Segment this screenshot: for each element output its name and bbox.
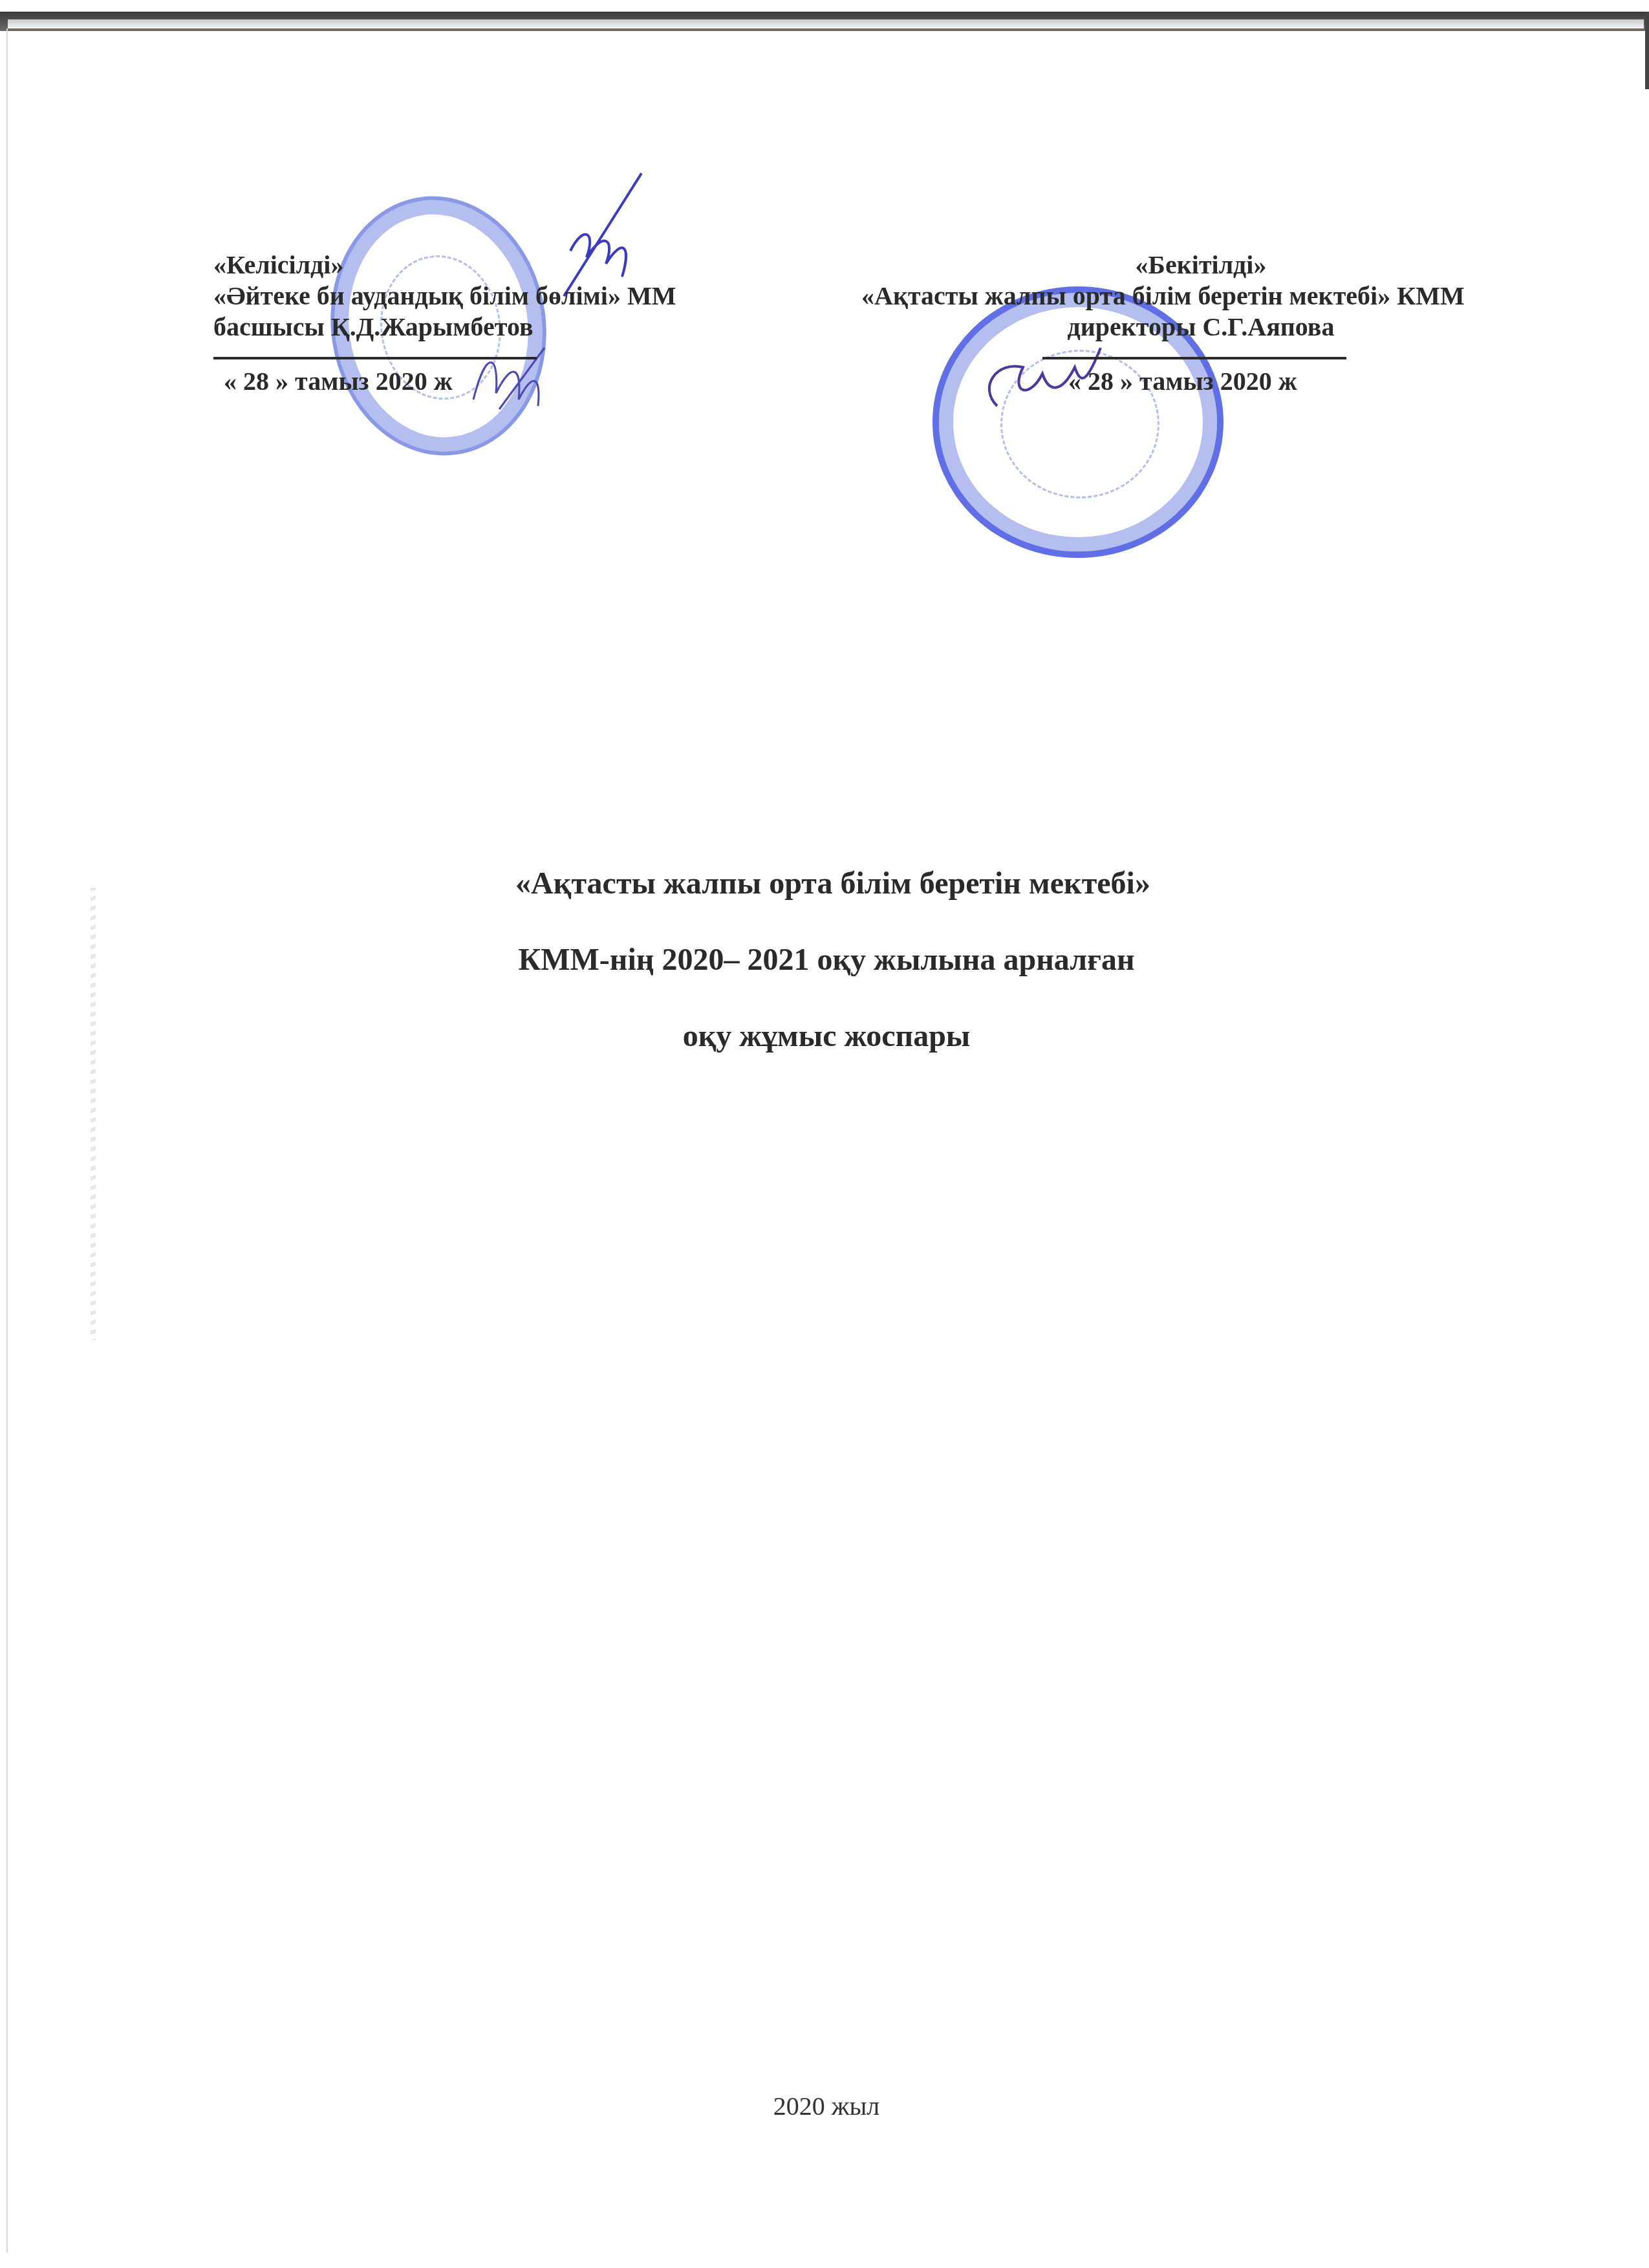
- title-line-plan: оқу жұмыс жоспары: [8, 1018, 1645, 1055]
- approval-organization: «Ақтасты жалпы орта білім беретін мектеб…: [848, 281, 1553, 312]
- approval-heading: «Бекітілді»: [848, 250, 1553, 281]
- approval-signatory: басшысы Қ.Д.Жарымбетов: [213, 312, 676, 343]
- scan-right-edge: [1645, 12, 1649, 89]
- document-title: «Ақтасты жалпы орта білім беретін мектеб…: [8, 865, 1645, 1094]
- document-year: 2020 жыл: [8, 2091, 1645, 2121]
- scan-paper-edge: [8, 19, 1644, 30]
- approval-organization: «Әйтеке би аудандық білім бөлімі» ММ: [213, 281, 676, 312]
- signature-line: [213, 343, 537, 359]
- signature-line: [1042, 343, 1346, 359]
- document-page: «Келісілді» «Әйтеке би аудандық білім бө…: [8, 31, 1645, 2262]
- approval-block-approved: «Бекітілді» «Ақтасты жалпы орта білім бе…: [848, 250, 1553, 397]
- title-line-year: КММ-нің 2020– 2021 оқу жылына арналған: [8, 941, 1645, 979]
- approval-signatory: директоры С.Г.Аяпова: [848, 312, 1553, 343]
- title-line-school: «Ақтасты жалпы орта білім беретін мектеб…: [21, 865, 1645, 903]
- approval-date: « 28 » тамыз 2020 ж: [213, 366, 676, 397]
- approval-block-agreed: «Келісілді» «Әйтеке би аудандық білім бө…: [213, 250, 676, 397]
- approval-date: « 28 » тамыз 2020 ж: [848, 366, 1553, 397]
- binding-thread: [91, 888, 96, 1340]
- approval-heading: «Келісілді»: [213, 250, 676, 281]
